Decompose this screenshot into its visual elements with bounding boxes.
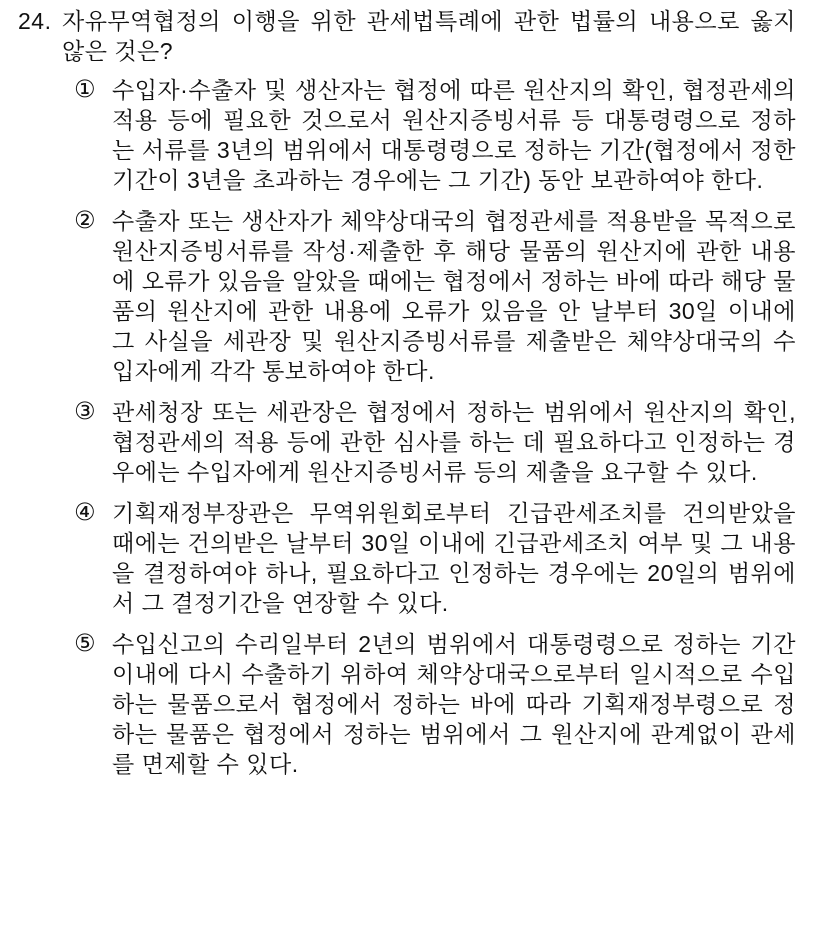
option-1-marker: ① xyxy=(74,75,112,105)
question-number: 24. xyxy=(18,6,62,36)
question: 24. 자유무역협정의 이행을 위한 관세법특례에 관한 법률의 내용으로 옳지… xyxy=(18,6,796,66)
options-list: ① 수입자·수출자 및 생산자는 협정에 따른 원산지의 확인, 협정관세의 적… xyxy=(18,75,796,779)
option-3: ③ 관세청장 또는 세관장은 협정에서 정하는 범위에서 원산지의 확인, 협정… xyxy=(74,397,796,487)
option-4-text: 기획재정부장관은 무역위원회로부터 긴급관세조치를 건의받았을 때에는 건의받은… xyxy=(112,498,796,618)
option-5-text: 수입신고의 수리일부터 2년의 범위에서 대통령령으로 정하는 기간 이내에 다… xyxy=(112,629,796,779)
option-1-text: 수입자·수출자 및 생산자는 협정에 따른 원산지의 확인, 협정관세의 적용 … xyxy=(112,75,796,195)
option-5: ⑤ 수입신고의 수리일부터 2년의 범위에서 대통령령으로 정하는 기간 이내에… xyxy=(74,629,796,779)
option-2-text: 수출자 또는 생산자가 체약상대국의 협정관세를 적용받을 목적으로 원산지증빙… xyxy=(112,206,796,386)
question-stem: 자유무역협정의 이행을 위한 관세법특례에 관한 법률의 내용으로 옳지 않은 … xyxy=(62,6,796,66)
option-3-marker: ③ xyxy=(74,397,112,427)
option-5-marker: ⑤ xyxy=(74,629,112,659)
option-2-marker: ② xyxy=(74,206,112,236)
option-3-text: 관세청장 또는 세관장은 협정에서 정하는 범위에서 원산지의 확인, 협정관세… xyxy=(112,397,796,487)
option-1: ① 수입자·수출자 및 생산자는 협정에 따른 원산지의 확인, 협정관세의 적… xyxy=(74,75,796,195)
option-2: ② 수출자 또는 생산자가 체약상대국의 협정관세를 적용받을 목적으로 원산지… xyxy=(74,206,796,386)
exam-page: 24. 자유무역협정의 이행을 위한 관세법특례에 관한 법률의 내용으로 옳지… xyxy=(0,0,826,932)
option-4: ④ 기획재정부장관은 무역위원회로부터 긴급관세조치를 건의받았을 때에는 건의… xyxy=(74,498,796,618)
option-4-marker: ④ xyxy=(74,498,112,528)
